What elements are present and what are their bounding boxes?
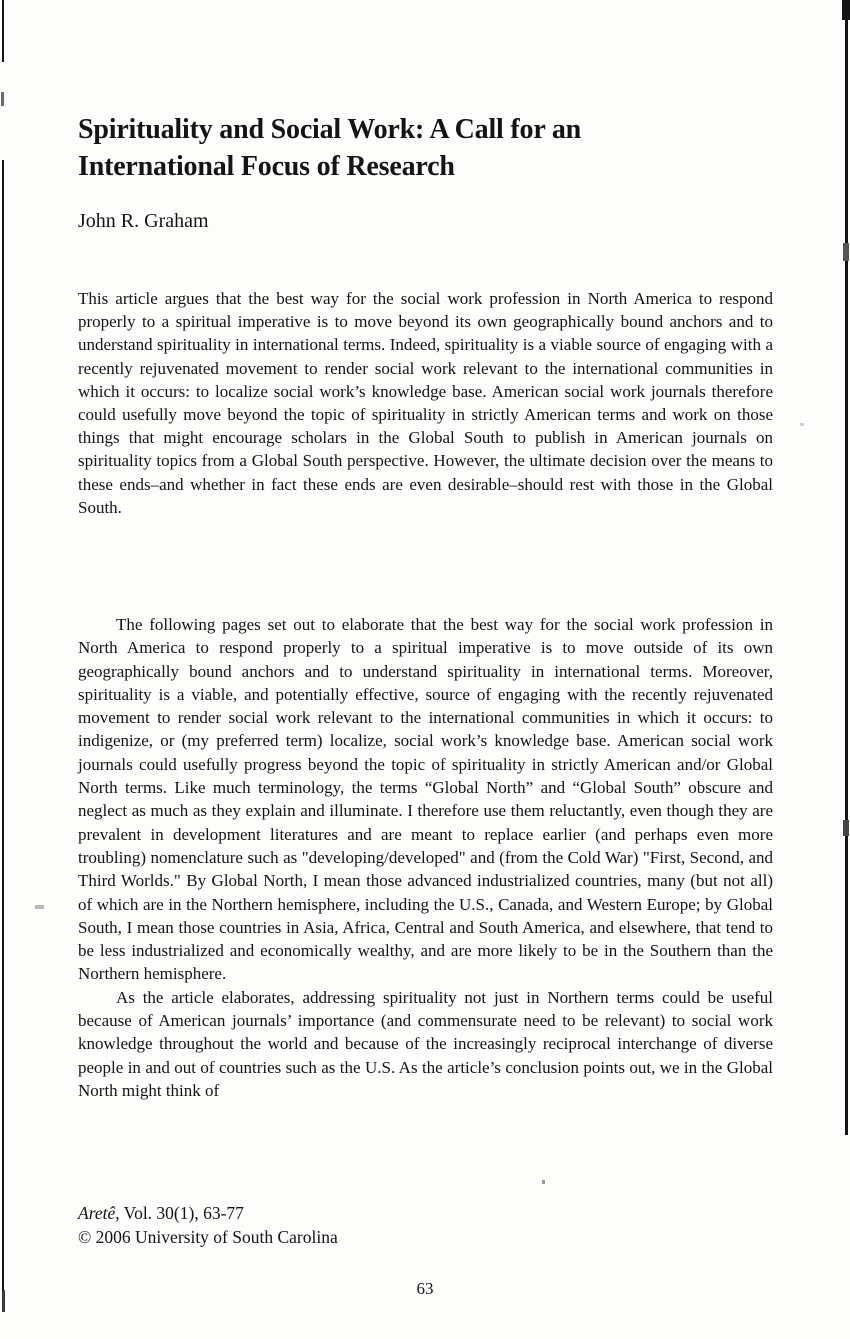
- scan-artifact-margin-dash: [35, 905, 44, 909]
- journal-citation-suffix: , Vol. 30(1), 63-77: [115, 1203, 244, 1223]
- journal-footer: Aretê, Vol. 30(1), 63-77 © 2006 Universi…: [78, 1201, 338, 1249]
- article-title-line-1: Spirituality and Social Work: A Call for…: [78, 111, 788, 148]
- article-title: Spirituality and Social Work: A Call for…: [78, 111, 788, 185]
- article-body: The following pages set out to elaborate…: [78, 613, 773, 1102]
- scan-artifact-left-edge-blotch: [1, 92, 4, 106]
- journal-citation-line: Aretê, Vol. 30(1), 63-77: [78, 1201, 338, 1225]
- abstract-paragraph: This article argues that the best way fo…: [78, 287, 773, 519]
- author-name: John R. Graham: [78, 210, 209, 233]
- page-number: 63: [0, 1279, 850, 1299]
- scan-artifact-right-edge-line: [845, 0, 848, 1135]
- copyright-line: © 2006 University of South Carolina: [78, 1225, 338, 1249]
- scan-artifact-speck: [542, 1180, 545, 1184]
- scan-artifact-speck: [800, 423, 804, 426]
- scan-artifact-left-edge-top: [2, 0, 4, 62]
- body-paragraph-1: The following pages set out to elaborate…: [78, 613, 773, 986]
- scanned-paper-page: Spirituality and Social Work: A Call for…: [0, 0, 850, 1339]
- scan-artifact-left-edge-line: [2, 160, 4, 1312]
- body-paragraph-2: As the article elaborates, addressing sp…: [78, 986, 773, 1102]
- scan-artifact-right-edge-cap: [842, 0, 850, 20]
- journal-name: Aretê: [78, 1203, 115, 1223]
- article-title-line-2: International Focus of Research: [78, 148, 788, 185]
- scan-artifact-right-edge-tick: [843, 820, 849, 836]
- scan-artifact-right-edge-tick: [843, 243, 849, 261]
